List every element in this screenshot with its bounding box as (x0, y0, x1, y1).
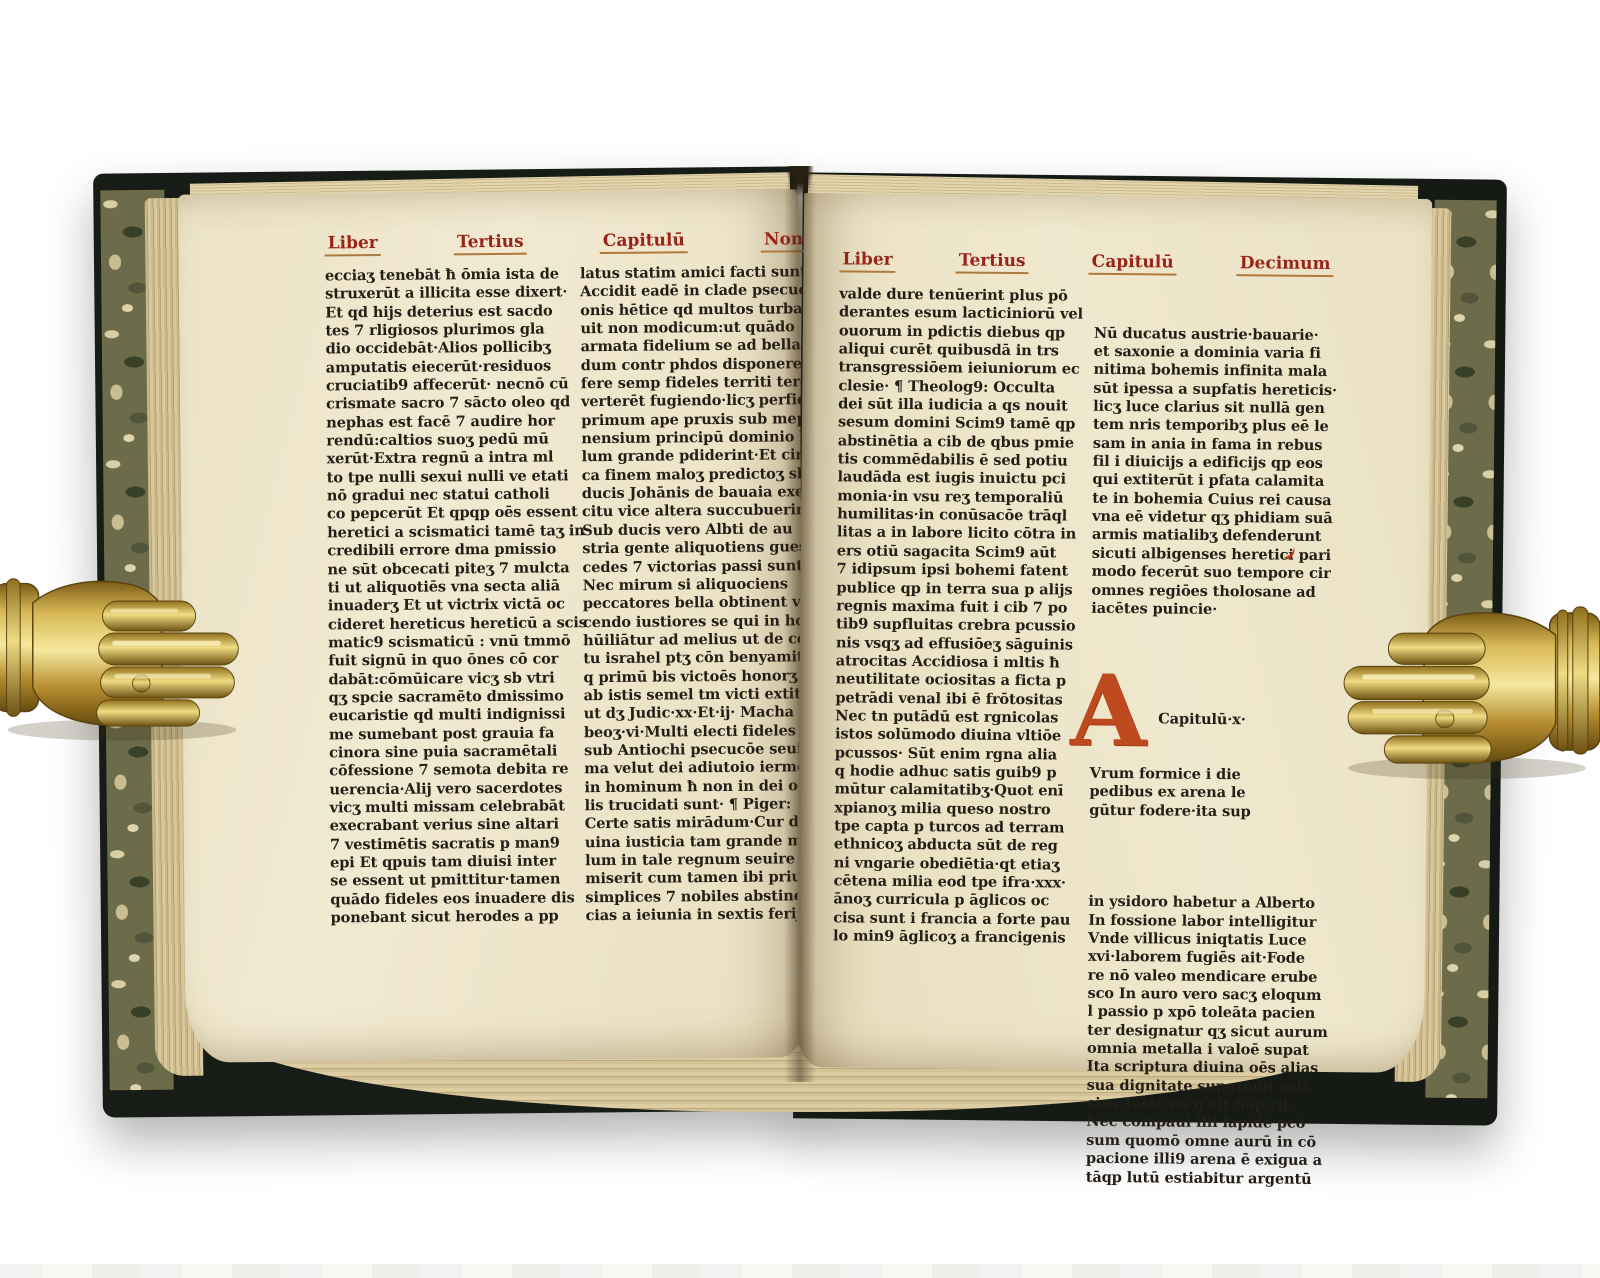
text-column-4: Nū ducatus austrie·bauarie· et saxonie a… (1085, 288, 1332, 1226)
header-word-capitulum: Capitulū (600, 230, 688, 254)
page-right: Liber Tertius Capitulū Decimum valde dur… (796, 193, 1432, 1073)
chapter-x-opening: A Capitulū·x· Vrum formice i die pedibus… (1089, 655, 1329, 859)
lombard-initial-A: A (1066, 676, 1151, 750)
gutter-shadow (784, 182, 816, 1082)
text-columns-right-page: valde dure tenūerint plus pō derantes es… (830, 285, 1332, 1225)
page-left: Liber Tertius Capitulū Nonū ecciaʒ teneb… (178, 189, 806, 1062)
text-columns-left-page: ecciaʒ tenebāt ħ ōmia ista de struxerūt … (325, 263, 824, 928)
header-word-capitulum: Capitulū (1089, 252, 1177, 276)
header-word-tertius: Tertius (956, 250, 1029, 274)
running-header-left-page: Liber Tertius Capitulū Nonū (325, 229, 819, 256)
header-word-liber: Liber (325, 233, 381, 256)
book-photo: Liber Tertius Capitulū Nonū ecciaʒ teneb… (0, 0, 1600, 1278)
header-word-tertius: Tertius (454, 232, 527, 256)
chapter-lines-beside-initial: Vrum formice i die pedibus ex arena le g… (1089, 765, 1328, 822)
hand-icon (1338, 582, 1600, 780)
photo-bottom-strip (0, 1264, 1600, 1278)
gilt-hand-clamp-left (0, 554, 246, 744)
column-4-upper-text: Nū ducatus austrie·bauarie· et saxonie a… (1091, 324, 1332, 620)
header-word-liber: Liber (839, 249, 895, 273)
column-4-lower-text: in ysidoro habetur a Alberto In fossione… (1086, 893, 1327, 1189)
running-header-right-page: Liber Tertius Capitulū Decimum (839, 249, 1333, 277)
gilt-hand-clamp-right (1338, 582, 1600, 780)
text-column-1: ecciaʒ tenebāt ħ ōmia ista de struxerūt … (325, 265, 569, 927)
hand-icon (0, 554, 246, 744)
text-column-3: valde dure tenūerint plus pō derantes es… (830, 285, 1077, 1223)
spine-top-notch (786, 166, 814, 196)
header-word-decimum: Decimum (1237, 253, 1334, 277)
